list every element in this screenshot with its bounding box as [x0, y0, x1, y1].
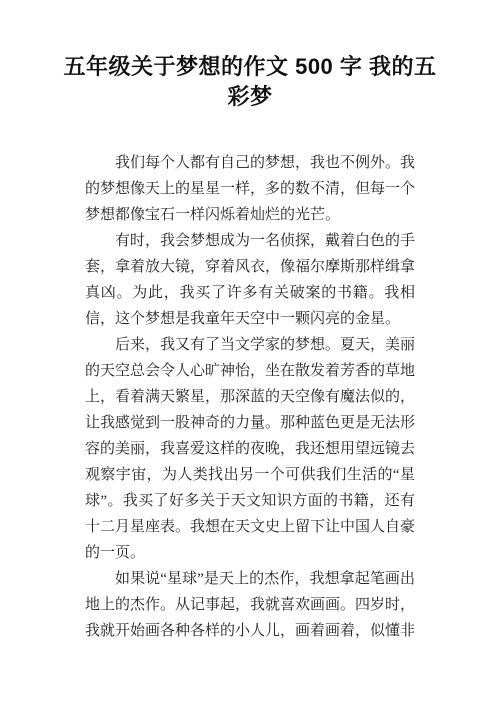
- essay-title-line2: 彩梦: [227, 84, 272, 109]
- essay-paragraph: 有时，我会梦想成为一名侦探，戴着白色的手套，拿着放大镜，穿着风衣，像福尔摩斯那样…: [85, 228, 415, 332]
- essay-paragraph: 如果说“星球”是天上的杰作，我想拿起笔画出地上的杰作。从记事起，我就喜欢画画。四…: [85, 566, 415, 644]
- essay-paragraph: 我们每个人都有自己的梦想，我也不例外。我的梦想像天上的星星一样，多的数不清，但每…: [85, 150, 415, 228]
- essay-title-line1: 五年级关于梦想的作文 500 字 我的五: [63, 54, 436, 79]
- document-page: 五年级关于梦想的作文 500 字 我的五彩梦 我们每个人都有自己的梦想，我也不例…: [0, 0, 500, 708]
- essay-title: 五年级关于梦想的作文 500 字 我的五彩梦: [0, 0, 500, 112]
- essay-body: 我们每个人都有自己的梦想，我也不例外。我的梦想像天上的星星一样，多的数不清，但每…: [85, 150, 415, 644]
- essay-paragraph: 后来，我又有了当文学家的梦想。夏天，美丽的天空总会令人心旷神怡，坐在散发着芳香的…: [85, 332, 415, 566]
